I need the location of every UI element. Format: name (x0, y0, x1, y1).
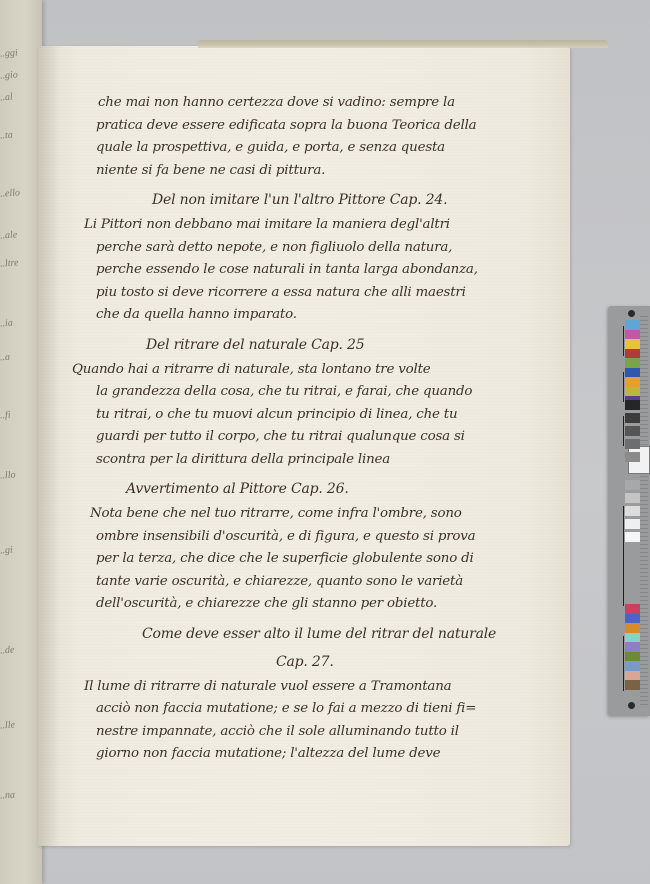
color-swatch (625, 377, 640, 387)
prev-margin-text: ..na (0, 789, 15, 801)
color-swatch (625, 614, 640, 624)
color-swatch (625, 493, 640, 503)
target-hole-icon (628, 310, 635, 317)
text-line: niente si fa bene ne casi di pittura. (96, 160, 556, 183)
target-ruler-mark (623, 506, 624, 606)
target-ruler-mark (623, 372, 624, 402)
chapter-heading-25: Del ritrare del naturale Cap. 25 (96, 331, 556, 359)
text-line: piu tosto si deve ricorrere a essa natur… (96, 282, 556, 305)
color-calibration-target (608, 306, 650, 716)
color-swatch (625, 426, 640, 436)
prev-margin-text: ..de (0, 645, 15, 657)
text-line: perche sarà detto nepote, e non figliuol… (96, 237, 556, 260)
color-swatch (625, 339, 640, 349)
prev-margin-text: ..lle (0, 719, 15, 731)
text-line: tante varie oscurità, e chiarezze, quant… (96, 571, 556, 594)
text-line: nestre impannate, acciò che il sole allu… (96, 721, 556, 744)
text-line: la grandezza della cosa, che tu ritrai, … (96, 381, 556, 404)
prev-margin-text: ..al (0, 92, 13, 104)
prev-margin-text: ..gi (0, 545, 13, 557)
text-line: Nota bene che nel tuo ritrarre, come inf… (90, 503, 556, 526)
text-line: per la terza, che dice che le superficie… (96, 548, 556, 571)
text-line: scontra per la dirittura della principal… (96, 449, 556, 472)
color-swatch (625, 506, 640, 516)
prev-margin-text: ..fi (0, 410, 11, 422)
text-line: Il lume di ritrarre di naturale vuol ess… (84, 676, 556, 699)
target-scale-marks (640, 316, 648, 706)
color-swatch (625, 532, 640, 542)
chapter-heading-26: Avvertimento al Pittore Cap. 26. (96, 475, 556, 503)
color-swatch (625, 358, 640, 368)
text-line: pratica deve essere edificata sopra la b… (96, 115, 556, 138)
color-swatch (625, 480, 640, 490)
text-line: giorno non faccia mutatione; l'altezza d… (96, 743, 556, 766)
color-swatch (625, 680, 640, 690)
prev-margin-text: ..ta (0, 130, 13, 142)
color-swatch (625, 320, 640, 330)
color-swatch (625, 349, 640, 359)
manuscript-page: che mai non hanno certezza dove si vadin… (38, 46, 570, 846)
target-ruler-mark (623, 416, 624, 446)
color-swatch (625, 400, 640, 410)
text-line: perche essendo le cose naturali in tanta… (96, 259, 556, 282)
prev-margin-text: ..ltre (0, 257, 19, 269)
color-swatch (625, 413, 640, 423)
text-line: acciò non faccia mutatione; e se lo fai … (96, 698, 556, 721)
text-line: che da quella hanno imparato. (96, 304, 556, 327)
prev-margin-text: ..gio (0, 69, 18, 81)
chapter-heading-27-number: Cap. 27. (96, 648, 556, 676)
prev-margin-text: ..ello (0, 187, 20, 199)
prev-margin-text: ..ale (0, 229, 18, 241)
color-swatch (625, 387, 640, 397)
text-line: guardi per tutto il corpo, che tu ritrai… (96, 426, 556, 449)
chapter-heading-24: Del non imitare l'un l'altro Pittore Cap… (96, 186, 556, 214)
gutter-shadow (38, 46, 60, 846)
text-line: dell'oscurità, e chiarezze che gli stann… (96, 593, 556, 616)
color-swatch (625, 633, 640, 643)
color-swatch (625, 652, 640, 662)
chapter-heading-27: Come deve esser alto il lume del ritrar … (96, 620, 556, 648)
color-swatch (625, 642, 640, 652)
previous-page-edge: ..ggi ..gio ..al ..ta ..ello ..ale ..ltr… (0, 0, 42, 884)
text-line: ombre insensibili d'oscurità, e di figur… (96, 526, 556, 549)
target-ruler-mark (623, 326, 624, 356)
color-swatch (625, 604, 640, 614)
prev-margin-text: ..a (0, 352, 10, 364)
color-swatch (625, 330, 640, 340)
color-swatch (625, 671, 640, 681)
color-swatch (625, 439, 640, 449)
color-swatch (625, 519, 640, 529)
manuscript-text: che mai non hanno certezza dove si vadin… (96, 92, 556, 766)
text-line: quale la prospettiva, e guida, e porta, … (96, 137, 556, 160)
prev-margin-text: ..llo (0, 469, 16, 481)
target-ruler-mark (623, 636, 624, 691)
color-swatch (625, 661, 640, 671)
prev-margin-text: ..ia (0, 318, 13, 330)
text-line: Quando hai a ritrarre di naturale, sta l… (72, 359, 556, 382)
color-swatch (625, 623, 640, 633)
color-swatch (625, 368, 640, 378)
text-line: tu ritrai, o che tu muovi alcun principi… (96, 404, 556, 427)
text-line: Li Pittori non debbano mai imitare la ma… (84, 214, 556, 237)
color-swatch (625, 452, 640, 462)
prev-margin-text: ..ggi (0, 47, 18, 59)
text-line: che mai non hanno certezza dove si vadin… (96, 92, 556, 115)
target-hole-icon (628, 702, 635, 709)
